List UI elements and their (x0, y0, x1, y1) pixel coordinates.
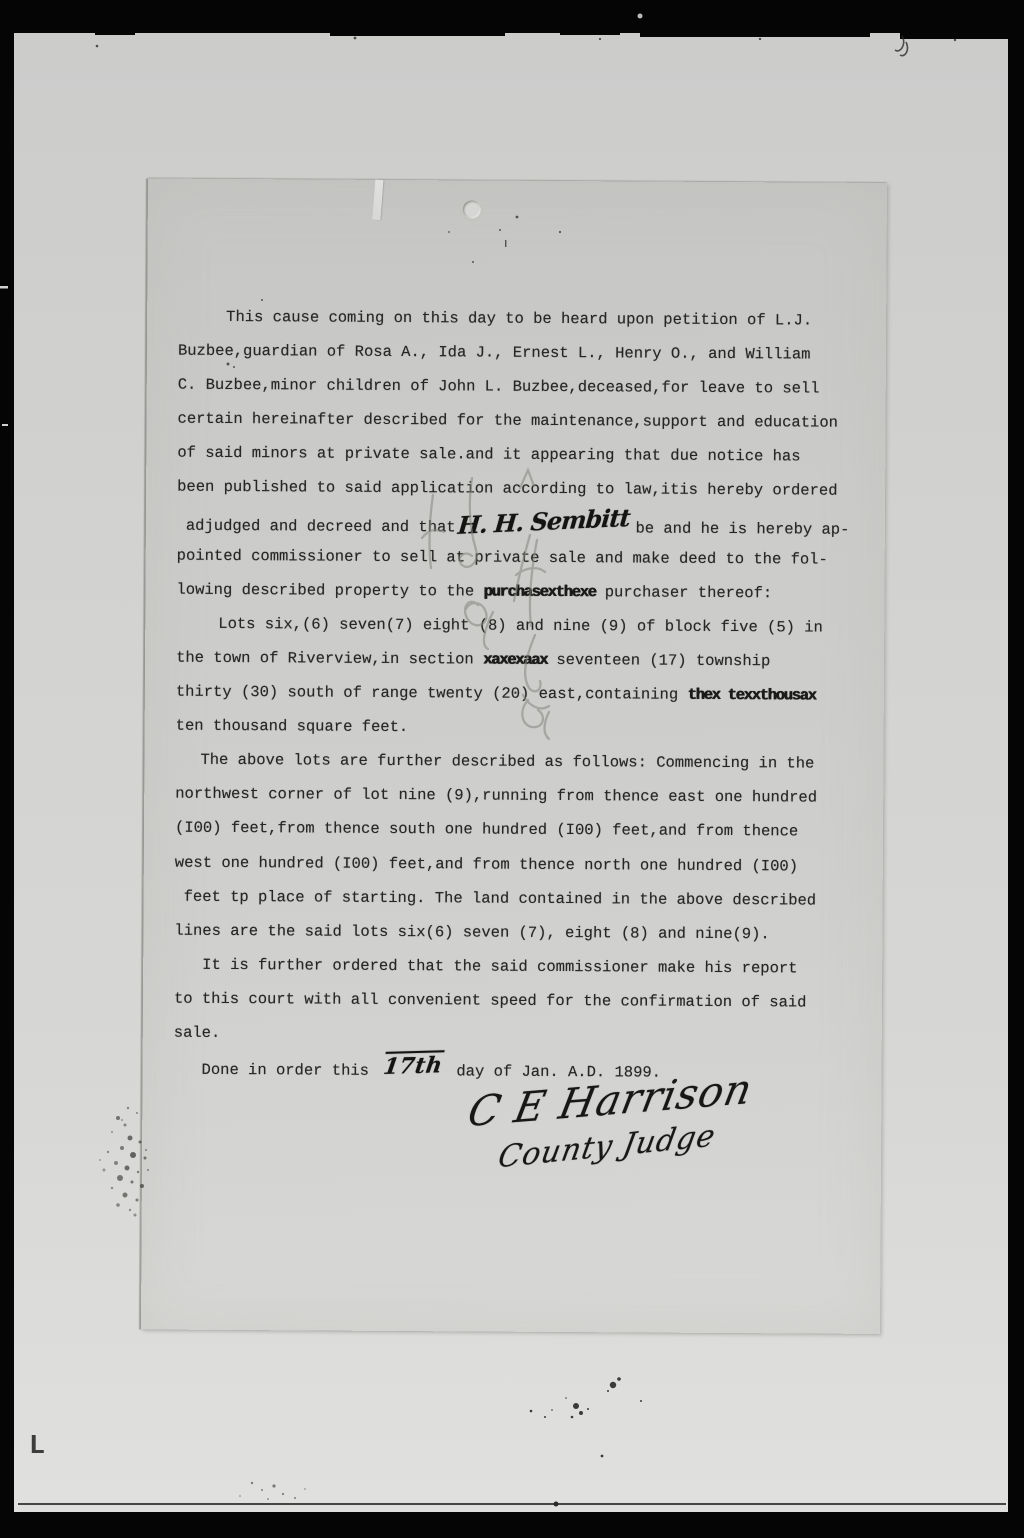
typewritten-text: northwest corner of lot nine (9),running… (175, 785, 817, 807)
punch-hole (463, 200, 481, 218)
document-line: Buzbee,guardian of Rosa A., Ida J., Erne… (178, 334, 868, 372)
fastener-mark (372, 180, 383, 220)
document-text: This cause coming on this day to be hear… (173, 300, 868, 1088)
top-black-band (0, 0, 1024, 33)
right-black-band (1008, 0, 1024, 1538)
typewritten-text: (I00) feet,from thence south one hundred… (175, 819, 798, 841)
typewritten-text: Lots six,(6) seven(7) eight (8) and nine… (218, 615, 823, 637)
document-line: the town of Riverview,in section xaxexaa… (176, 641, 866, 679)
typewritten-text: feet tp place of starting. The land cont… (184, 887, 817, 909)
typewritten-text: pointed commissioner to sell at private … (177, 546, 828, 568)
document-line: C. Buzbee,minor children of John L. Buzb… (178, 368, 868, 406)
document-line: to this court with all convenient speed … (174, 982, 864, 1020)
bottom-black-band (0, 1512, 1024, 1538)
document-line: Done in order this 17th day of Jan. A.D.… (173, 1050, 863, 1088)
microfilm-frame: This cause coming on this day to be hear… (0, 0, 1024, 1538)
typewritten-text: ten thousand square feet. (176, 717, 409, 736)
document-line: feet tp place of starting. The land cont… (175, 879, 865, 917)
document-line: sale. (174, 1016, 864, 1054)
document-line: certain hereinafter described for the ma… (177, 402, 867, 440)
typewritten-text: This cause coming on this day to be hear… (226, 308, 812, 330)
document-line: thirty (30) south of range twenty (20) e… (176, 675, 866, 713)
document-line: adjudged and decreed and thatH. H. Sembi… (177, 504, 867, 542)
typewritten-text: to this court with all convenient speed … (174, 990, 807, 1012)
typewritten-text: seventeen (17) township (547, 651, 770, 670)
typewritten-text: the town of Riverview,in section (176, 649, 483, 669)
document-line: (I00) feet,from thence south one hundred… (175, 811, 865, 849)
document-line: northwest corner of lot nine (9),running… (175, 777, 865, 815)
document-line: lowing described property to the purchas… (176, 572, 866, 610)
typewritten-text: sale. (174, 1024, 221, 1042)
typewritten-text: west one hundred (I00) feet,and from the… (175, 853, 798, 875)
typewritten-text: be and he is hereby ap- (635, 519, 849, 538)
document-page: This cause coming on this day to be hear… (141, 178, 887, 1333)
typewritten-text: purchaser thereof: (595, 583, 772, 602)
document-line: The above lots are further described as … (175, 743, 865, 781)
typewritten-text: It is further ordered that the said comm… (202, 956, 797, 978)
typewritten-text: Buzbee,guardian of Rosa A., Ida J., Erne… (178, 342, 811, 364)
document-line: Lots six,(6) seven(7) eight (8) and nine… (176, 607, 866, 645)
overtyped-strikeout-text: thex texxthousax (687, 686, 815, 705)
typewritten-text: adjudged and decreed and that (186, 516, 456, 536)
document-line: pointed commissioner to sell at private … (177, 538, 867, 576)
document-line: ten thousand square feet. (176, 709, 866, 747)
document-line: of said minors at private sale.and it ap… (177, 436, 867, 474)
typewritten-text: lowing described property to the (176, 580, 483, 600)
document-line: been published to said application accor… (177, 470, 867, 508)
typewritten-text: lines are the said lots six(6) seven (7)… (174, 921, 769, 943)
document-line: west one hundred (I00) feet,and from the… (175, 845, 865, 883)
typewritten-text: thirty (30) south of range twenty (20) e… (176, 683, 688, 704)
typewritten-text: C. Buzbee,minor children of John L. Buzb… (178, 376, 820, 398)
left-black-band (0, 0, 14, 1538)
typewritten-text: been published to said application accor… (177, 478, 838, 500)
document-line: This cause coming on this day to be hear… (178, 300, 868, 338)
overtyped-strikeout-text: purchasexthexe (483, 582, 595, 601)
typewritten-text: The above lots are further described as … (200, 751, 814, 773)
handwritten-text: H. H. Sembitt (456, 500, 631, 542)
corner-registration-mark: L (29, 1432, 45, 1462)
document-line: lines are the said lots six(6) seven (7)… (174, 913, 864, 951)
typewritten-text: Done in order this (202, 1061, 379, 1080)
typewritten-text: certain hereinafter described for the ma… (177, 410, 838, 432)
handwritten-text: 17th (381, 1048, 445, 1084)
overtyped-strikeout-text: xaxexaax (483, 650, 547, 668)
typewritten-text: of said minors at private sale.and it ap… (177, 444, 800, 466)
document-line: It is further ordered that the said comm… (174, 947, 864, 985)
